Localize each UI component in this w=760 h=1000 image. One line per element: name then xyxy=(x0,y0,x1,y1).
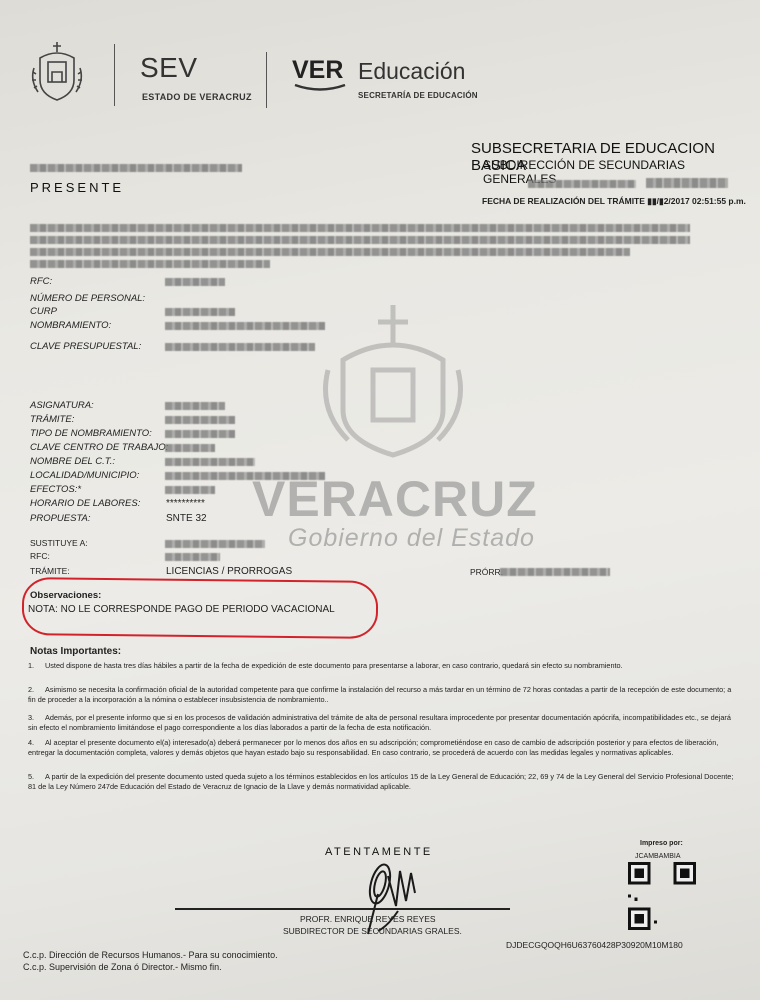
note-text: Al aceptar el presente documento el(a) i… xyxy=(28,738,718,757)
redacted-number-label xyxy=(528,180,636,188)
date-label: FECHA DE REALIZACIÓN DEL TRÁMITE xyxy=(482,196,645,206)
redacted-prorroga-value xyxy=(500,568,610,576)
note-item: 2.Asimismo se necesita la confirmación o… xyxy=(28,685,738,704)
field-label: ASIGNATURA: xyxy=(30,400,94,411)
field-value: LICENCIAS / PRORROGAS xyxy=(166,566,292,577)
note-number: 2. xyxy=(28,685,45,695)
ver-subtitle: SECRETARÍA DE EDUCACIÓN xyxy=(358,91,478,100)
prorroga-label: PRÓRR. xyxy=(470,567,503,577)
field-label: NÚMERO DE PERSONAL: xyxy=(30,293,145,304)
intro-paragraph xyxy=(30,224,690,268)
header-divider xyxy=(114,44,115,106)
signature-line xyxy=(175,908,510,910)
document-page: SEV ESTADO DE VERACRUZ VER Educación SEC… xyxy=(0,0,760,1000)
field-label: SUSTITUYE A: xyxy=(30,538,88,548)
header-divider xyxy=(266,52,267,108)
redacted-number-value xyxy=(646,178,728,188)
field-label: TRÁMITE: xyxy=(30,566,70,576)
field-label: EFECTOS:* xyxy=(30,484,81,495)
sev-subtitle: ESTADO DE VERACRUZ xyxy=(142,92,252,102)
field-label: CURP xyxy=(30,306,57,317)
sev-title: SEV xyxy=(140,52,198,84)
redacted-field-value xyxy=(165,540,265,548)
watermark-crest-icon xyxy=(318,300,468,460)
note-text: A partir de la expedición del presente d… xyxy=(28,772,733,791)
note-item: 1.Usted dispone de hasta tres días hábil… xyxy=(28,661,738,671)
ccp-line: C.c.p. Dirección de Recursos Humanos.- P… xyxy=(23,950,278,960)
printed-by-label: Impreso por: xyxy=(640,840,683,847)
field-label: CLAVE CENTRO DE TRABAJO: xyxy=(30,442,168,453)
field-label: RFC: xyxy=(30,551,50,561)
note-text: Usted dispone de hasta tres días hábiles… xyxy=(45,661,623,670)
ver-brand: VER xyxy=(292,56,343,85)
note-number: 4. xyxy=(28,738,45,748)
field-value: ********** xyxy=(166,498,205,509)
signer-name: PROFR. ENRIQUE REYES REYES xyxy=(300,914,436,924)
field-label: PROPUESTA: xyxy=(30,513,91,524)
field-label: LOCALIDAD/MUNICIPIO: xyxy=(30,470,139,481)
note-text: Además, por el presente informo que si e… xyxy=(28,713,731,732)
redacted-field-value xyxy=(165,486,215,494)
note-number: 3. xyxy=(28,713,45,723)
note-item: 5.A partir de la expedición del presente… xyxy=(28,772,738,791)
field-label: RFC: xyxy=(30,276,52,287)
field-label: NOMBRE DEL C.T.: xyxy=(30,456,115,467)
field-label: CLAVE PRESUPUESTAL: xyxy=(30,341,141,352)
field-value: SNTE 32 xyxy=(166,513,207,524)
qr-code-icon xyxy=(628,862,696,930)
redacted-field-value xyxy=(165,458,255,466)
swoosh-icon xyxy=(294,84,346,92)
printed-by-user: JCAMBAMBIA xyxy=(635,853,681,860)
ccp-line: C.c.p. Supervisión de Zona ó Director.- … xyxy=(23,962,222,972)
procedure-date: FECHA DE REALIZACIÓN DEL TRÁMITE ▮▮/▮2/2… xyxy=(482,196,746,207)
field-label: TRÁMITE: xyxy=(30,414,74,425)
redacted-addressee-name xyxy=(30,164,242,172)
watermark-subtitle: Gobierno del Estado xyxy=(288,524,535,553)
field-label: TIPO DE NOMBRAMIENTO: xyxy=(30,428,152,439)
redacted-field-value xyxy=(165,278,225,286)
verification-code: DJDECGQOQH6U63760428P30920M10M180 xyxy=(506,940,683,950)
salutation: PRESENTE xyxy=(30,180,124,195)
date-value: ▮▮/▮2/2017 02:51:55 p.m. xyxy=(647,196,746,206)
signer-title: SUBDIRECTOR DE SECUNDARIAS GRALES. xyxy=(283,926,462,936)
redacted-field-value xyxy=(165,444,215,452)
redacted-field-value xyxy=(165,553,220,561)
note-number: 1. xyxy=(28,661,45,671)
note-item: 3.Además, por el presente informo que si… xyxy=(28,713,738,732)
note-text: Asimismo se necesita la confirmación ofi… xyxy=(28,685,731,704)
observations-text: NOTA: NO LE CORRESPONDE PAGO DE PERIODO … xyxy=(28,604,335,615)
signature-scribble-icon xyxy=(358,856,428,936)
ver-title: Educación xyxy=(358,58,465,85)
redacted-field-value xyxy=(165,416,235,424)
field-label: NOMBRAMIENTO: xyxy=(30,320,111,331)
note-item: 4.Al aceptar el presente documento el(a)… xyxy=(28,738,738,757)
veracruz-crest-icon xyxy=(28,38,86,104)
note-number: 5. xyxy=(28,772,45,782)
redacted-field-value xyxy=(165,343,315,351)
redacted-field-value xyxy=(165,472,325,480)
field-label: HORARIO DE LABORES: xyxy=(30,498,140,509)
redacted-field-value xyxy=(165,402,225,410)
redacted-field-value xyxy=(165,430,235,438)
observations-title: Observaciones: xyxy=(30,590,101,601)
notes-title: Notas Importantes: xyxy=(30,646,121,657)
redacted-field-value xyxy=(165,322,325,330)
redacted-field-value xyxy=(165,308,235,316)
